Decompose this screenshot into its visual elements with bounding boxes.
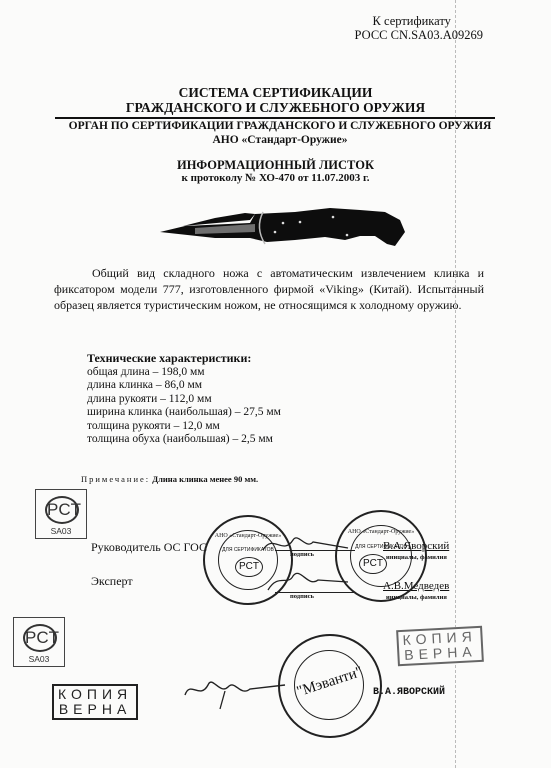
spec-item: длина клинка – 86,0 мм [87,379,281,393]
document-title: ИНФОРМАЦИОННЫЙ ЛИСТОК [0,158,551,173]
pct-certification-mark: PCT SA03 [35,489,87,539]
specs-heading: Технические характеристики: [87,352,281,366]
cert-body-line2: АНО «Стандарт-Оружие» [40,133,520,147]
spec-item: толщина обуха (наибольшая) – 2,5 мм [87,433,281,447]
copy-stamp-line1: КОПИЯ [58,687,132,702]
company-seal-stamp: "Мэванти" [278,634,382,738]
certificate-reference: К сертификату РОСС CN.SA03.A09269 [355,14,483,42]
certifier-name-stamp: В.А.ЯВОРСКИЙ [373,687,445,698]
system-title-line1: СИСТЕМА СЕРТИФИКАЦИИ [0,85,551,100]
pct-mark-code: SA03 [14,654,64,664]
spec-item: длина рукояти – 112,0 мм [87,393,281,407]
certified-copy-stamp: КОПИЯ ВЕРНА [396,626,484,666]
org-seal-inner: ДЛЯ СЕРТИФИКАТОВ [205,547,291,553]
pct-logo-icon: PCT [235,557,263,577]
note: Примечание: Длина клинка менее 90 мм. [81,474,258,484]
spec-item: толщина рукояти – 12,0 мм [87,420,281,434]
pct-certification-mark: PCT SA03 [13,617,65,667]
document-subtitle: к протоколу № ХО-470 от 11.07.2003 г. [0,172,551,184]
tech-specs: Технические характеристики: общая длина … [87,352,281,447]
note-text: Длина клинка менее 90 мм. [152,474,258,484]
description-text: Общий вид складного ножа с автоматически… [54,266,484,312]
pct-logo-icon: PCT [45,496,79,524]
org-seal-stamp: ДЛЯ СЕРТИФИКАТОВ PCT АНО «Стандарт-Оружи… [203,515,293,605]
handwritten-signature [180,665,290,715]
reference-line1: К сертификату [355,14,483,28]
pct-mark-code: SA03 [36,526,86,536]
org-seal-name: АНО «Стандарт-Оружие» [337,529,425,535]
description-paragraph: Общий вид складного ножа с автоматически… [54,265,484,313]
system-title-line2: ГРАЖДАНСКОГО И СЛУЖЕБНОГО ОРУЖИЯ [0,100,551,115]
knife-image [155,190,435,252]
org-seal-name: АНО «Стандарт-Оружие» [205,533,291,539]
note-label: Примечание: [81,474,150,484]
expert-label: Эксперт [91,574,133,589]
spec-item: общая длина – 198,0 мм [87,366,281,380]
org-seal-inner: ДЛЯ СЕРТИФИКАТОВ [337,544,425,550]
spec-item: ширина клинка (наибольшая) – 27,5 мм [87,406,281,420]
pct-logo-icon: PCT [23,624,57,652]
copy-stamp-line2: ВЕРНА [403,644,478,663]
certified-copy-stamp: КОПИЯ ВЕРНА [52,684,138,720]
reference-line2: РОСС CN.SA03.A09269 [355,28,483,42]
copy-stamp-line2: ВЕРНА [58,702,132,717]
cert-body-line1: ОРГАН ПО СЕРТИФИКАЦИИ ГРАЖДАНСКОГО И СЛУ… [40,119,520,133]
org-seal-stamp: ДЛЯ СЕРТИФИКАТОВ PCT АНО «Стандарт-Оружи… [335,510,427,602]
head-label: Руководитель ОС ГОС [91,540,207,555]
pct-logo-icon: PCT [359,554,387,574]
